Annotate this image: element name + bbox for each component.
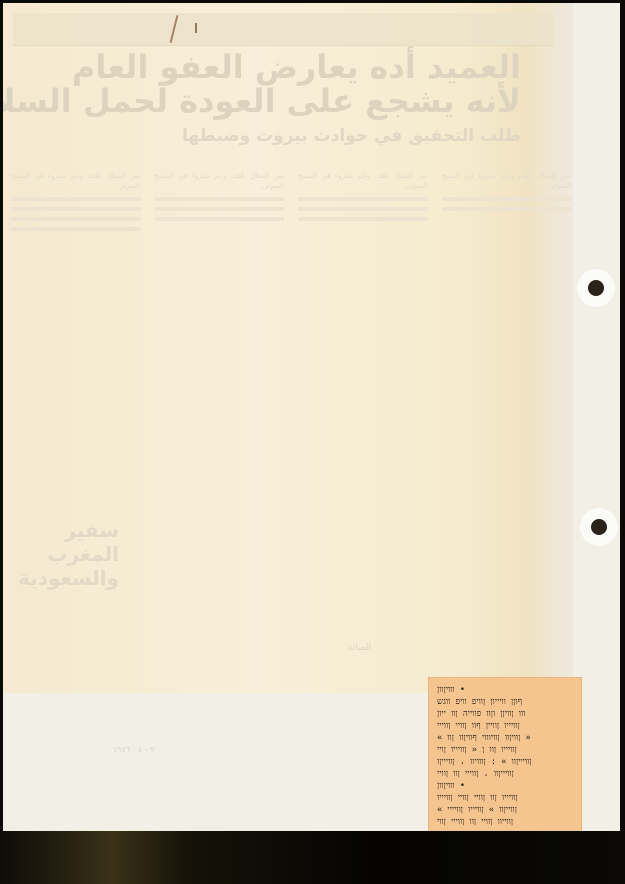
attached-note-clipping: ווויןוון • ףוןן וויייון ןוויפ וויפ ווגש … (429, 678, 581, 833)
note-line: ווויןוון • (437, 780, 573, 792)
body-column: نص المقال باهت وغير مقروء في المسح الضوئ… (11, 171, 141, 681)
column-text: نص المقال باهت وغير مقروء في المسح الضوئ… (11, 172, 141, 190)
tear-mark (195, 23, 197, 33)
scanner-edge (620, 0, 625, 884)
newspaper-clipping: العميد أده يعارض العفو العام لأنه يشجع ع… (3, 3, 573, 693)
body-column: نص المقال باهت وغير مقروء في المسح الضوئ… (155, 171, 285, 681)
note-line: ווו ןוויןן וןוו פווייה ןוו ייון (437, 708, 573, 720)
article-headline: العميد أده يعارض العفو العام لأنه يشجع ع… (3, 51, 521, 146)
column-text: نص المقال باهت وغير مقروء في المسح الضوئ… (155, 172, 285, 190)
punch-hole-icon (580, 508, 618, 546)
body-column: نص المقال باهت وغير مقروء في المسح الضوئ… (442, 171, 572, 681)
article-signature: الصائد (348, 643, 371, 653)
headline-line-2: لأنه يشجع على العودة لحمل السلاح (3, 85, 521, 119)
side-heading-line-1: سفير المغرب (9, 518, 119, 566)
side-heading-line-2: والسعودية (9, 566, 119, 590)
side-article-heading: سفير المغرب والسعودية (9, 518, 119, 590)
note-line: ווויןוון • (437, 684, 573, 696)
article-body: نص المقال باهت وغير مقروء في المسح الضوئ… (11, 171, 571, 681)
column-text: نص المقال باهت وغير مقروء في المسح الضوئ… (298, 172, 428, 190)
headline-line-1: العميد أده يعارض العفو العام (3, 51, 521, 85)
note-line: « ןוויןוו ןוויוווי ףוויןוו ןוו » (437, 732, 573, 744)
column-text: نص المقال باهت وغير مقروء في المسح الضوئ… (442, 172, 572, 190)
note-line: ףוןן וויייון ןוויפ וויפ ווגש (437, 696, 573, 708)
note-line: ןוויייןוו ، ןווייי ןוו ןוויי (437, 768, 573, 780)
note-line: ןווייוו ןוויי ןוו ןווייי ןווי (437, 816, 573, 828)
punch-hole-icon (577, 269, 615, 307)
note-line: ןוויייו ןוו ן « ןוויייו ןויי (437, 744, 573, 756)
masthead-strip (13, 13, 553, 46)
scanner-background (0, 831, 625, 884)
note-line: « ןווייןוו » ןוויייו ןוויייי (437, 804, 573, 816)
body-column: نص المقال باهت وغير مقروء في المسح الضوئ… (298, 171, 428, 681)
date-stamp: ٢ - ٤ - ١٩٧٦ (113, 745, 155, 754)
note-line: ןוויייו ןוו ןוויי ןוויי ןוויייו (437, 792, 573, 804)
note-line: ןוויייןוו » : ןווויוו ، ןוויייןו (437, 756, 573, 768)
headline-subtitle: طلب التحقيق في حوادث بيروت وضبطها (3, 128, 521, 146)
note-line: ןוויייו ןוויין ףוו ןוויי ןווייי (437, 720, 573, 732)
